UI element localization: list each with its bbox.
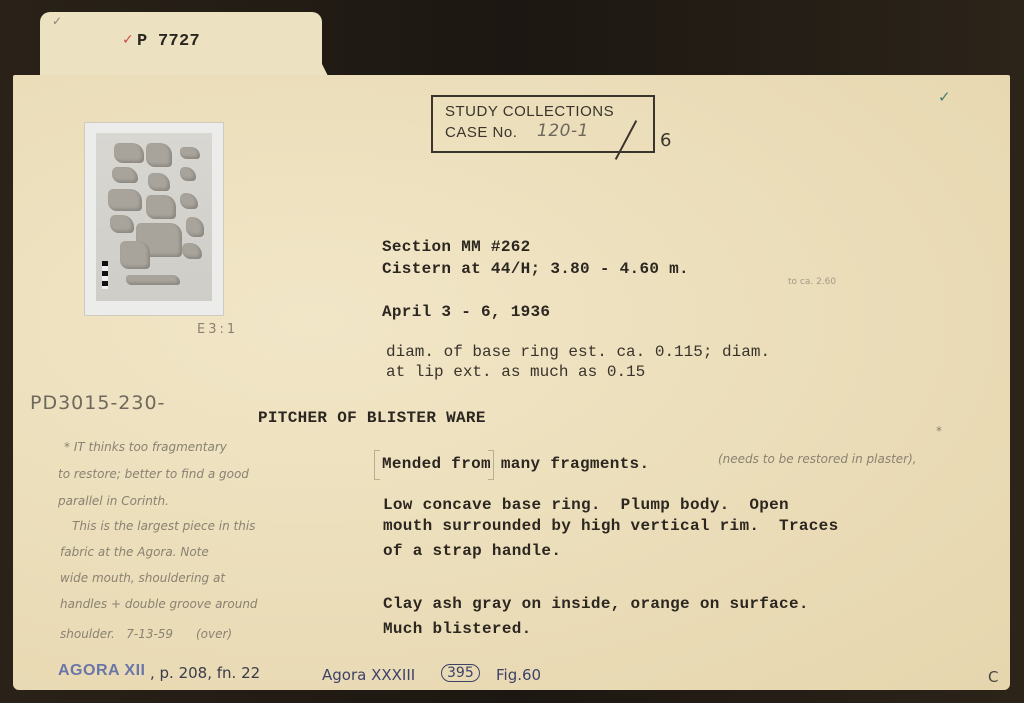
- artifact-photo: [84, 122, 224, 316]
- publication-reference-2: Agora XXXIII: [322, 666, 415, 684]
- scale-bar: [102, 261, 108, 289]
- note-line-6: wide mouth, shouldering at: [60, 571, 225, 585]
- date-line: April 3 - 6, 1936: [382, 303, 550, 321]
- description-line-3: of a strap handle.: [383, 542, 561, 560]
- publication-figure: Fig.60: [496, 666, 541, 684]
- note-line-1: * IT thinks too fragmentary: [64, 440, 227, 454]
- pencil-check-icon: ✓: [52, 14, 62, 28]
- stamp-case-label: CASE No.: [445, 124, 517, 141]
- pencil-bracket-left: [374, 450, 380, 480]
- condition-line: Mended from many fragments.: [382, 455, 649, 473]
- section-line: Section MM #262: [382, 238, 531, 256]
- note-line-4: This is the largest piece in this: [72, 519, 255, 533]
- note-line-5: fabric at the Agora. Note: [60, 545, 209, 559]
- red-check-icon: ✓: [122, 32, 134, 48]
- corner-letter: C: [988, 668, 998, 686]
- stamp-title: STUDY COLLECTIONS: [445, 103, 614, 120]
- photo-caption: E3:1: [197, 322, 238, 337]
- asterisk-mark: *: [936, 424, 942, 438]
- note-line-2: to restore; better to find a good: [58, 467, 249, 481]
- publication-circled-number: 395: [441, 664, 480, 682]
- photo-fragments: [96, 133, 212, 301]
- catalog-number: P 7727: [137, 32, 200, 51]
- description-line-1: Low concave base ring. Plump body. Open: [383, 496, 789, 514]
- green-check-icon: ✓: [938, 88, 951, 106]
- case-number: 120-1: [537, 121, 589, 141]
- condition-note: (needs to be restored in plaster),: [718, 452, 917, 466]
- negative-number: PD3015-230-: [30, 392, 165, 414]
- publication-reference: , p. 208, fn. 22: [150, 664, 260, 682]
- case-suffix: 6: [660, 130, 671, 151]
- object-title: PITCHER OF BLISTER WARE: [258, 409, 486, 427]
- location-note: to ca. 2.60: [788, 277, 836, 287]
- note-line-7: handles + double groove around: [60, 597, 258, 611]
- agora-publication-stamp: AGORA XII: [58, 662, 145, 680]
- note-line-8: shoulder. 7-13-59 (over): [60, 627, 232, 641]
- description-line-2: mouth surrounded by high vertical rim. T…: [383, 517, 838, 535]
- fabric-line-1: Clay ash gray on inside, orange on surfa…: [383, 595, 809, 613]
- dimensions-line-2: at lip ext. as much as 0.15: [386, 363, 645, 381]
- fabric-line-2: Much blistered.: [383, 620, 532, 638]
- location-line: Cistern at 44/H; 3.80 - 4.60 m.: [382, 260, 689, 278]
- note-line-3: parallel in Corinth.: [58, 494, 169, 508]
- dimensions-line-1: diam. of base ring est. ca. 0.115; diam.: [386, 343, 770, 361]
